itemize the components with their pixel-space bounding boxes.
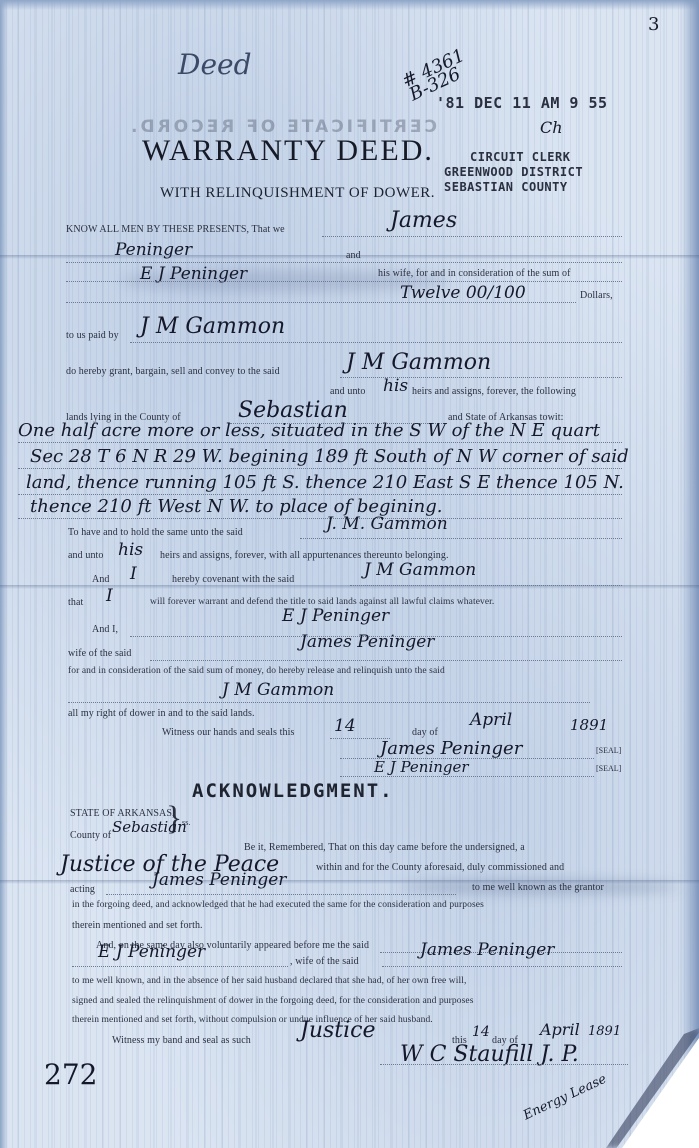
acknowledgment-title: ACKNOWLEDGMENT.	[192, 780, 394, 802]
and-i-text: And I,	[92, 624, 118, 635]
heirs-assigns-text: heirs and assigns, forever, the followin…	[412, 386, 576, 397]
right-of-dower-text: all my right of dower in and to the said…	[68, 708, 255, 719]
signed-sealed-text: signed and sealed the relinquishment of …	[72, 996, 474, 1006]
forgoing-deed-text: in the forgoing deed, and acknowledged t…	[72, 900, 484, 910]
ack-capacity: Justice	[300, 1018, 376, 1043]
his-wife-consideration-text: his wife, for and in consideration of th…	[378, 268, 571, 279]
fill-line	[340, 776, 594, 777]
fill-line	[150, 660, 622, 661]
energy-lease-note: Energy Lease	[521, 1072, 609, 1124]
dower-grantor-name: E J Peninger	[282, 606, 389, 626]
wife-of-said-text: , wife of the said	[290, 956, 359, 967]
payer-name: J M Gammon	[140, 314, 285, 339]
fill-line	[322, 236, 622, 237]
release-relinquish-text: for and in consideration of the said sum…	[68, 666, 445, 676]
paper-edge-left	[0, 0, 8, 1148]
fill-line	[18, 518, 622, 519]
hereby-covenant-text: hereby covenant with the said	[172, 574, 294, 585]
witness-month: April	[470, 710, 512, 730]
that-text: that	[68, 597, 83, 608]
his-word: his	[118, 540, 143, 560]
fill-line	[68, 702, 590, 703]
habendum-grantee: J. M. Gammon	[326, 514, 448, 534]
filing-date-stamp: '81 DEC 11 AM 9 55	[436, 94, 608, 112]
signature-james-peninger: James Peninger	[380, 738, 522, 759]
ack-grantor-name: James Peninger	[152, 870, 286, 890]
seal-label: [SEAL]	[596, 746, 621, 755]
grantor-surname: Peninger	[115, 240, 192, 260]
consideration-amount: Twelve 00/100	[400, 283, 526, 303]
signature-ej-peninger: E J Peninger	[374, 758, 469, 776]
wife-of-said-text: wife of the said	[68, 648, 132, 659]
clerk-stamp-line1: CIRCUIT CLERK	[470, 150, 570, 164]
fill-line	[130, 342, 622, 343]
dower-grantee-name: J M Gammon	[222, 680, 334, 700]
dollars-text: Dollars,	[580, 290, 613, 301]
to-have-and-hold-text: To have and to hold the same unto the sa…	[68, 527, 243, 538]
fill-line	[18, 468, 622, 469]
fill-line	[300, 538, 622, 539]
fill-line	[72, 966, 288, 967]
therein-text: therein mentioned and set forth.	[72, 920, 203, 931]
paper-edge-top	[0, 0, 699, 10]
ack-month: April	[540, 1020, 580, 1039]
witness-year: 1891	[570, 716, 608, 734]
fill-line	[380, 1064, 628, 1065]
and-unto-text: and unto	[330, 386, 366, 397]
declared-text: to me well known, and in the absence of …	[72, 976, 466, 986]
and-text: and	[346, 250, 361, 261]
paper-edge-right	[681, 0, 699, 1148]
covenant-grantee: J M Gammon	[364, 560, 476, 580]
and-unto-text: and unto	[68, 550, 104, 561]
witness-hands-text: Witness our hands and seals this	[162, 727, 295, 738]
ack-day: 14	[472, 1024, 490, 1040]
fill-line	[66, 281, 622, 282]
fill-line	[106, 894, 456, 895]
ack-year: 1891	[588, 1024, 621, 1039]
well-known-grantor-text: to me well known as the grantor	[472, 882, 604, 893]
fill-line	[18, 442, 622, 443]
clerk-stamp-line3: SEBASTIAN COUNTY	[444, 180, 568, 194]
without-compulsion-text: therein mentioned and set forth, without…	[72, 1015, 433, 1025]
witness-day: 14	[334, 716, 356, 736]
legal-description-line: land, thence running 105 ft S. thence 21…	[26, 472, 624, 493]
stamp-initials: Ch	[540, 118, 563, 137]
fill-line	[66, 262, 622, 263]
bottom-left-number: 272	[44, 1058, 97, 1091]
page-number: 3	[648, 14, 659, 35]
seal-label: [SEAL]	[596, 764, 621, 773]
grant-text: do hereby grant, bargain, sell and conve…	[66, 366, 280, 377]
county-label: County of	[70, 830, 111, 841]
document-title: WARRANTY DEED.	[142, 134, 434, 168]
legal-description-line: Sec 28 T 6 N R 29 W. begining 189 ft Sou…	[30, 446, 629, 467]
fill-line	[350, 585, 622, 586]
dower-husband-name: James Peninger	[300, 632, 434, 652]
ack-county-name: Sebastian	[112, 818, 187, 836]
covenantor-word: I	[130, 564, 137, 584]
know-all-men-text: KNOW ALL MEN BY THESE PRESENTS, That we	[66, 224, 285, 235]
witness-band-seal-text: Witness my band and seal as such	[112, 1035, 251, 1046]
within-county-text: within and for the County aforesaid, dul…	[316, 862, 564, 873]
deed-page: Deed # 4361 B-326 3 '81 DEC 11 AM 9 55 C…	[0, 0, 699, 1148]
day-of-text: day of	[412, 727, 438, 738]
deed-scribble: Deed	[178, 48, 252, 81]
grantee-name: J M Gammon	[346, 350, 491, 375]
his-word: his	[383, 376, 408, 396]
legal-description-line: One half acre more or less, situated in …	[18, 420, 600, 441]
fill-line	[18, 494, 622, 495]
be-it-remembered-text: Be it, Remembered, That on this day came…	[244, 842, 525, 853]
ack-husband-name: James Peninger	[420, 940, 554, 960]
fill-line	[66, 302, 576, 303]
grantor-first-name: James	[390, 208, 457, 233]
clerk-stamp-line2: GREENWOOD DISTRICT	[444, 165, 583, 179]
warrantor-word: I	[106, 586, 113, 606]
paid-by-text: to us paid by	[66, 330, 119, 341]
acting-text: acting	[70, 884, 95, 895]
and-text: And	[92, 574, 110, 585]
document-subtitle: WITH RELINQUISHMENT OF DOWER.	[160, 185, 435, 202]
fill-line	[382, 966, 622, 967]
ack-wife-name: E J Peninger	[98, 942, 205, 962]
